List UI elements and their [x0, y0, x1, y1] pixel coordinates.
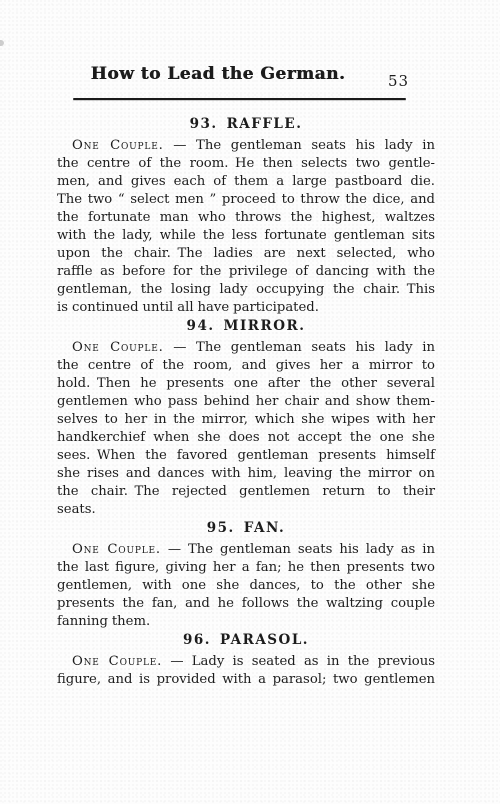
- text-line: presents the fan, and he follows the wal…: [57, 595, 435, 613]
- text-line: sees. When the favored gentleman present…: [57, 447, 435, 465]
- section: 94.MIRROR. One Couple. — The gentleman s…: [57, 317, 435, 519]
- text-line: handkerchief when she does not accept th…: [57, 429, 435, 447]
- scan-artifact-speck: [0, 40, 4, 46]
- section-heading: 96.PARASOL.: [57, 631, 435, 649]
- section: 93.RAFFLE. One Couple. — The gentleman s…: [57, 115, 435, 317]
- text-line: she rises and dances with him, leaving t…: [57, 465, 435, 483]
- text-line: upon the chair. The ladies are next sele…: [57, 245, 435, 263]
- section: 96.PARASOL. One Couple. — Lady is seated…: [57, 631, 435, 689]
- lead-smallcaps: One Couple.: [72, 340, 164, 355]
- text-line: The two “ select men ” proceed to throw …: [57, 191, 435, 209]
- text-line: the fortunate man who throws the highest…: [57, 209, 435, 227]
- text-line: the last figure, giving her a fan; he th…: [57, 559, 435, 577]
- text-line: gentlemen who pass behind her chair and …: [57, 393, 435, 411]
- text-line: men, and gives each of them a large past…: [57, 173, 435, 191]
- paragraph-lines: the centre of the room. He then selects …: [57, 155, 435, 317]
- section-number: 95.: [207, 520, 235, 536]
- text-line: fanning them.: [57, 613, 435, 631]
- text-line: the centre of the room. He then selects …: [57, 155, 435, 173]
- running-title: How to Lead the German.: [91, 64, 346, 84]
- section-number: 96.: [183, 632, 211, 648]
- paragraph-lines: the centre of the room, and gives her a …: [57, 357, 435, 519]
- section: 95.FAN. One Couple. — The gentleman seat…: [57, 519, 435, 631]
- text-line: seats.: [57, 501, 435, 519]
- paragraph: One Couple. — Lady is seated as in the p…: [57, 653, 435, 689]
- page-content: 93.RAFFLE. One Couple. — The gentleman s…: [57, 115, 435, 689]
- text-line: with the lady, while the less fortunate …: [57, 227, 435, 245]
- text-line: the chair. The rejected gentlemen return…: [57, 483, 435, 501]
- paragraph: One Couple. — The gentleman seats his la…: [57, 541, 435, 631]
- text-line: gentlemen, with one she dances, to the o…: [57, 577, 435, 595]
- paragraph-first-line: One Couple. — The gentleman seats his la…: [57, 137, 435, 155]
- paragraph-lines: the last figure, giving her a fan; he th…: [57, 559, 435, 631]
- paragraph-lines: figure, and is provided with a parasol; …: [57, 671, 435, 689]
- text-line: figure, and is provided with a parasol; …: [57, 671, 435, 689]
- first-line-rest: — The gentleman seats his lady as in: [161, 542, 435, 557]
- header-rule: [73, 98, 406, 100]
- text-line: gentleman, the losing lady occupying the…: [57, 281, 435, 299]
- section-number: 93.: [190, 116, 218, 132]
- text-line: selves to her in the mirror, which she w…: [57, 411, 435, 429]
- section-heading: 93.RAFFLE.: [57, 115, 435, 133]
- paragraph-first-line: One Couple. — The gentleman seats his la…: [57, 339, 435, 357]
- first-line-rest: — The gentleman seats his lady in: [164, 340, 435, 355]
- paragraph-first-line: One Couple. — Lady is seated as in the p…: [57, 653, 435, 671]
- book-page: How to Lead the German. 53 93.RAFFLE. On…: [0, 0, 500, 804]
- lead-smallcaps: One Couple.: [72, 138, 164, 153]
- paragraph: One Couple. — The gentleman seats his la…: [57, 137, 435, 317]
- lead-smallcaps: One Couple.: [72, 654, 162, 669]
- paragraph-first-line: One Couple. — The gentleman seats his la…: [57, 541, 435, 559]
- section-heading: 94.MIRROR.: [57, 317, 435, 335]
- section-number: 94.: [187, 318, 215, 334]
- first-line-rest: — The gentleman seats his lady in: [164, 138, 435, 153]
- section-title: FAN.: [244, 520, 285, 536]
- page-number: 53: [388, 72, 409, 90]
- text-line: hold. Then he presents one after the oth…: [57, 375, 435, 393]
- section-heading: 95.FAN.: [57, 519, 435, 537]
- lead-smallcaps: One Couple.: [72, 542, 161, 557]
- text-line: is continued until all have participated…: [57, 299, 435, 317]
- text-line: raffle as before for the privilege of da…: [57, 263, 435, 281]
- section-title: MIRROR.: [224, 318, 306, 334]
- section-title: PARASOL.: [220, 632, 309, 648]
- text-line: the centre of the room, and gives her a …: [57, 357, 435, 375]
- section-title: RAFFLE.: [227, 116, 303, 132]
- paragraph: One Couple. — The gentleman seats his la…: [57, 339, 435, 519]
- first-line-rest: — Lady is seated as in the previous: [162, 654, 435, 669]
